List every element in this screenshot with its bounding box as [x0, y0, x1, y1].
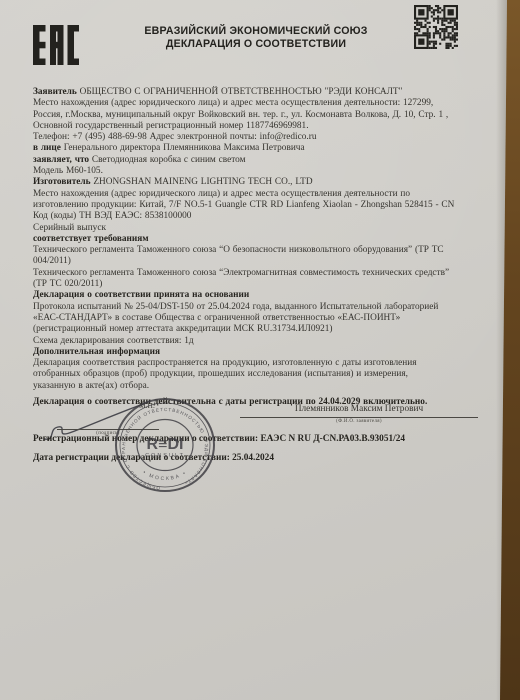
- document-line: Модель М60-105.: [33, 166, 488, 177]
- applicant-name: Племянников Максим Петрович: [240, 404, 478, 414]
- document-line: указанную в акте(ах) отбора.: [33, 381, 488, 392]
- registration-number-line: Регистрационный номер декларации о соотв…: [33, 434, 405, 444]
- document-line: (ТР ТС 020/2011): [33, 279, 488, 290]
- document-line: Код (коды) ТН ВЭД ЕАЭС: 8538100000: [33, 211, 488, 222]
- eac-conformity-mark-icon: [33, 25, 79, 70]
- declaration-document-page: ЕВРАЗИЙСКИЙ ЭКОНОМИЧЕСКИЙ СОЮЗ ДЕКЛАРАЦИ…: [0, 0, 520, 700]
- document-line: соответствует требованиям: [33, 234, 488, 245]
- paper-edge-shadow: [496, 0, 510, 700]
- document-header-title: ЕВРАЗИЙСКИЙ ЭКОНОМИЧЕСКИЙ СОЮЗ ДЕКЛАРАЦИ…: [110, 25, 402, 51]
- document-line: «ЕАС-СТАНДАРТ» в составе Общества с огра…: [33, 313, 488, 324]
- document-line: в лице Генерального директора Племяннико…: [33, 143, 488, 154]
- document-line: Основной государственный регистрационный…: [33, 121, 488, 132]
- stamp-city-text: • МОСКВА •: [142, 470, 189, 482]
- document-line: Изготовитель ZHONGSHAN MAINENG LIGHTING …: [33, 177, 488, 188]
- document-line: Технического регламента Таможенного союз…: [33, 268, 488, 279]
- qr-code-icon: [414, 5, 458, 49]
- document-line: Телефон: +7 (495) 488-69-98 Адрес электр…: [33, 132, 488, 143]
- document-line: Декларация соответствия распространяется…: [33, 358, 488, 369]
- document-line: Протокола испытаний № 25-04/DST-150 от 2…: [33, 302, 488, 313]
- document-line: Декларация о соответствии принята на осн…: [33, 290, 488, 301]
- document-line: Место нахождения (адрес юридического лиц…: [33, 98, 488, 109]
- applicant-name-caption: (Ф.И.О. заявителя): [240, 419, 478, 424]
- document-line: Место нахождения (адрес юридического лиц…: [33, 189, 488, 200]
- photo-background: { "colors":{"paper":"#ceccc7","text":"#3…: [0, 0, 520, 700]
- document-body: Заявитель ОБЩЕСТВО С ОГРАНИЧЕННОЙ ОТВЕТС…: [33, 87, 488, 408]
- document-line: заявляет, что Светодиодная коробка с син…: [33, 155, 488, 166]
- document-line: 004/2011): [33, 256, 488, 267]
- document-line: Россия, г.Москва, муниципальный округ Во…: [33, 110, 488, 121]
- document-line: Серийный выпуск: [33, 223, 488, 234]
- svg-text:• МОСКВА •: • МОСКВА •: [142, 470, 189, 482]
- document-line: Дополнительная информация: [33, 347, 488, 358]
- document-line: Заявитель ОБЩЕСТВО С ОГРАНИЧЕННОЙ ОТВЕТС…: [33, 87, 488, 98]
- document-line: (регистрационный номер аттестата аккреди…: [33, 324, 488, 335]
- stamp-brand-text: R≡DI: [147, 436, 184, 453]
- document-line: изготовлению продукции: Китай, 7/F NO.5-…: [33, 200, 488, 211]
- applicant-name-line: [240, 417, 478, 418]
- union-title: ЕВРАЗИЙСКИЙ ЭКОНОМИЧЕСКИЙ СОЮЗ: [110, 25, 402, 38]
- document-line: Схема декларирования соответствия: 1д: [33, 336, 488, 347]
- declaration-title: ДЕКЛАРАЦИЯ О СООТВЕТСТВИИ: [110, 38, 402, 51]
- company-round-stamp: ОБЩЕСТВО С ОГРАНИЧЕННОЙ ОТВЕТСТВЕННОСТЬЮ…: [114, 397, 216, 498]
- document-line: отобранных образцов (проб) продукции, пр…: [33, 369, 488, 380]
- document-line: Технического регламента Таможенного союз…: [33, 245, 488, 256]
- stamp-brand-subtext: CONSULT: [145, 453, 185, 459]
